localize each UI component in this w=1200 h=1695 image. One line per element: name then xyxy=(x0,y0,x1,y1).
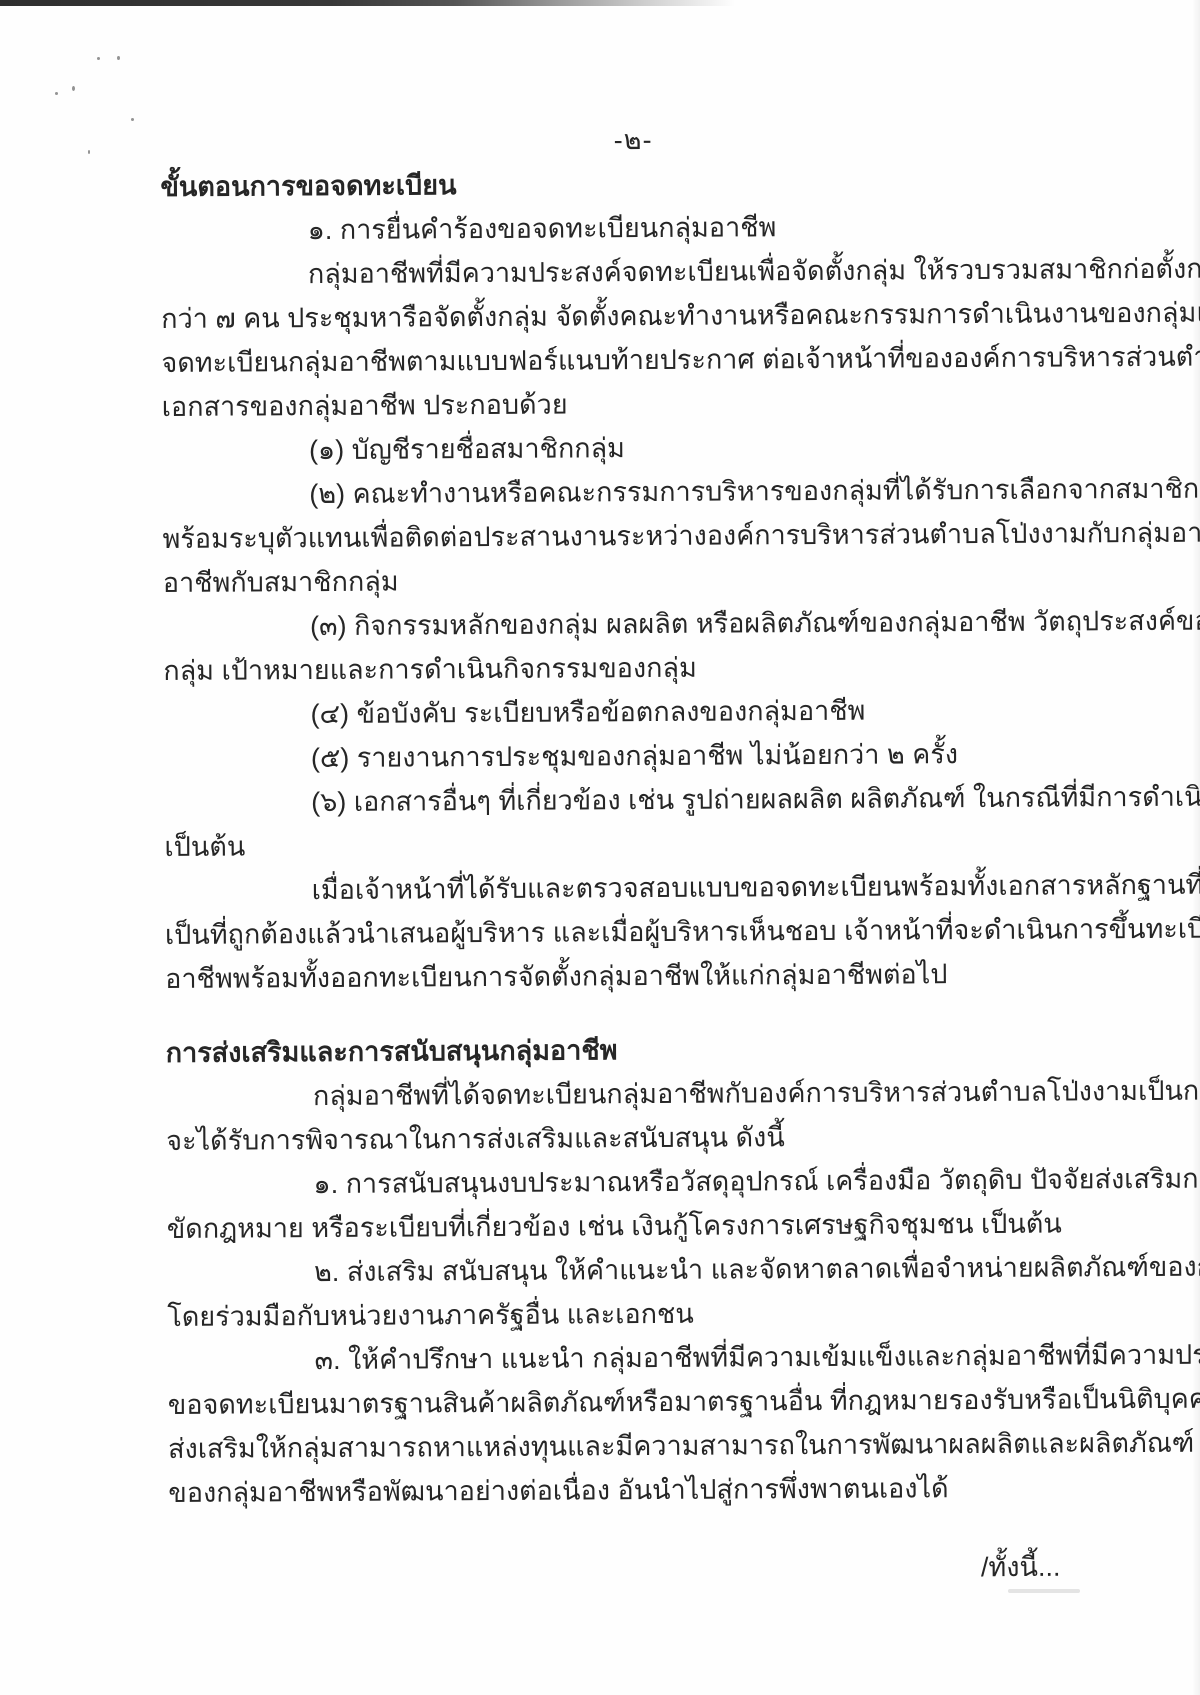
text-line: (๖) เอกสารอื่นๆ ที่เกี่ยวข้อง เช่น รูปถ่… xyxy=(164,776,1054,825)
text-line: เป็นที่ถูกต้องแล้วนำเสนอผู้บริหาร และเมื… xyxy=(165,908,1055,957)
section-registration-steps: ขั้นตอนการขอจดทะเบียน ๑. การยื่นคำร้องขอ… xyxy=(160,160,1055,1001)
text-line: กลุ่มอาชีพที่ได้จดทะเบียนกลุ่มอาชีพกับอง… xyxy=(166,1070,1056,1119)
scan-edge-artifact xyxy=(0,0,735,6)
text-line: ส่งเสริมให้กลุ่มสามารถหาแหล่งทุนและมีควา… xyxy=(168,1422,1058,1471)
scan-speckle xyxy=(72,86,75,91)
text-line: ๒. ส่งเสริม สนับสนุน ให้คำแนะนำ และจัดหา… xyxy=(167,1246,1057,1295)
text-line: (๕) รายงานการประชุมของกลุ่มอาชีพ ไม่น้อย… xyxy=(164,732,1054,781)
text-line: จะได้รับการพิจารณาในการส่งเสริมและสนับสน… xyxy=(166,1114,1056,1163)
text-line: (๑) บัญชีรายชื่อสมาชิกกลุ่ม xyxy=(162,424,1052,473)
text-line: เมื่อเจ้าหน้าที่ได้รับและตรวจสอบแบบขอจดท… xyxy=(165,864,1055,913)
document-body: -๒- ขั้นตอนการขอจดทะเบียน ๑. การยื่นคำร้… xyxy=(160,116,1058,1515)
text-line: โดยร่วมมือกับหน่วยงานภาครัฐอื่น และเอกชน xyxy=(167,1290,1057,1339)
text-line: กลุ่ม เป้าหมายและการดำเนินกิจกรรมของกลุ่… xyxy=(163,644,1053,693)
section-promotion-support: การส่งเสริมและการสนับสนุนกลุ่มอาชีพ กลุ่… xyxy=(166,1026,1059,1515)
text-line: กลุ่มอาชีพที่มีความประสงค์จดทะเบียนเพื่อ… xyxy=(161,248,1051,297)
scan-smudge xyxy=(1008,1589,1080,1593)
scan-speckle xyxy=(117,56,120,60)
text-line: (๒) คณะทำงานหรือคณะกรรมการบริหารของกลุ่ม… xyxy=(162,468,1052,517)
text-line: ๓. ให้คำปรึกษา แนะนำ กลุ่มอาชีพที่มีความ… xyxy=(167,1334,1057,1383)
text-line: ๑. การสนับสนุนงบประมาณหรือวัสดุอุปกรณ์ เ… xyxy=(166,1158,1056,1207)
text-line: เป็นต้น xyxy=(164,820,1054,869)
text-line: อาชีพพร้อมทั้งออกทะเบียนการจัดตั้งกลุ่มอ… xyxy=(165,952,1055,1001)
text-line: เอกสารของกลุ่มอาชีพ ประกอบด้วย xyxy=(162,380,1052,429)
text-line: ขัดกฎหมาย หรือระเบียบที่เกี่ยวข้อง เช่น … xyxy=(167,1202,1057,1251)
text-line: กว่า ๗ คน ประชุมหารือจัดตั้งกลุ่ม จัดตั้… xyxy=(161,292,1051,341)
page-number: -๒- xyxy=(188,115,1078,164)
page-continuation-marker: /ทั้งนี้... xyxy=(980,1545,1060,1589)
text-line: อาชีพกับสมาชิกกลุ่ม xyxy=(163,556,1053,605)
scanned-document-page: -๒- ขั้นตอนการขอจดทะเบียน ๑. การยื่นคำร้… xyxy=(0,0,1200,1695)
text-line: จดทะเบียนกลุ่มอาชีพตามแบบฟอร์แนบท้ายประก… xyxy=(161,336,1051,385)
text-line: (๓) กิจกรรมหลักของกลุ่ม ผลผลิต หรือผลิตภ… xyxy=(163,600,1053,649)
scan-speckle xyxy=(55,92,58,95)
section-heading: การส่งเสริมและการสนับสนุนกลุ่มอาชีพ xyxy=(166,1026,1056,1075)
text-line: ขอจดทะเบียนมาตรฐานสินค้าผลิตภัณฑ์หรือมาต… xyxy=(168,1378,1058,1427)
text-line: (๔) ข้อบังคับ ระเบียบหรือข้อตกลงของกลุ่ม… xyxy=(163,688,1053,737)
section-heading: ขั้นตอนการขอจดทะเบียน xyxy=(160,160,1050,209)
scan-speckle xyxy=(131,118,134,121)
text-line: พร้อมระบุตัวแทนเพื่อติดต่อประสานงานระหว่… xyxy=(162,512,1052,561)
text-line: ของกลุ่มอาชีพหรือพัฒนาอย่างต่อเนื่อง อัน… xyxy=(168,1466,1058,1515)
text-line: ๑. การยื่นคำร้องขอจดทะเบียนกลุ่มอาชีพ xyxy=(161,204,1051,253)
section-lines: ๑. การยื่นคำร้องขอจดทะเบียนกลุ่มอาชีพกลุ… xyxy=(161,204,1056,1001)
scan-speckle xyxy=(88,150,90,154)
section-lines: กลุ่มอาชีพที่ได้จดทะเบียนกลุ่มอาชีพกับอง… xyxy=(166,1070,1059,1515)
scan-speckle xyxy=(97,57,100,60)
